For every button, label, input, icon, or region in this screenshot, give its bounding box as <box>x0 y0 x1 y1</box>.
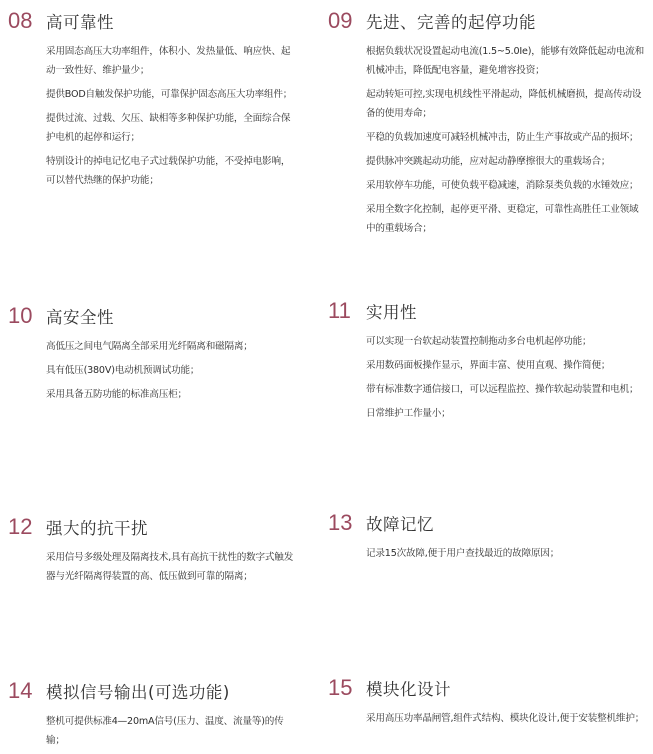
feature-body: 整机可提供标准4—20mA信号(压力、温度、流量等)的传输； <box>46 712 298 750</box>
feature-block-modular-design: 15 模块化设计 采用高压功率晶闸管,组件式结构、模块化设计,便于安装整机维护； <box>328 675 646 733</box>
feature-paragraph: 平稳的负载加速度可减轻机械冲击，防止生产事故或产品的损坏； <box>366 128 646 147</box>
feature-body: 根据负载状况设置起动电流(1.5~5.0Ie)，能够有效降低起动电流和机械冲击，… <box>366 42 646 238</box>
feature-paragraph: 带有标准数字通信接口，可以远程监控、操作软起动装置和电机； <box>366 380 646 399</box>
feature-title: 故障记忆 <box>366 512 434 538</box>
feature-number: 14 <box>8 678 46 704</box>
feature-body: 采用信号多级处理及隔离技术,具有高抗干扰性的数字式触发器与光纤隔离得装置的高、低… <box>46 548 298 586</box>
feature-body: 采用高压功率晶闸管,组件式结构、模块化设计,便于安装整机维护； <box>366 709 646 728</box>
feature-paragraph: 根据负载状况设置起动电流(1.5~5.0Ie)，能够有效降低起动电流和机械冲击，… <box>366 42 646 80</box>
feature-header: 09 先进、完善的起停功能 <box>328 8 646 34</box>
feature-paragraph: 采用高压功率晶闸管,组件式结构、模块化设计,便于安装整机维护； <box>366 709 646 728</box>
feature-header: 14 模拟信号输出(可选功能) <box>8 678 298 704</box>
feature-body: 高低压之间电气隔离全部采用光纤隔离和磁隔离； 具有低压(380V)电动机预调试功… <box>46 337 298 404</box>
feature-number: 09 <box>328 8 366 34</box>
feature-header: 15 模块化设计 <box>328 675 646 701</box>
feature-header: 10 高安全性 <box>8 303 298 329</box>
feature-title: 实用性 <box>366 300 417 326</box>
feature-number: 13 <box>328 510 366 536</box>
feature-paragraph: 采用数码面板操作显示，界面丰富、使用直观、操作简便； <box>366 356 646 375</box>
feature-paragraph: 起动转矩可控,实现电机线性平滑起动，降低机械磨损，提高传动设备的使用寿命； <box>366 85 646 123</box>
feature-paragraph: 提供BOD自触发保护功能，可靠保护固态高压大功率组件； <box>46 85 298 104</box>
feature-paragraph: 提供过流、过载、欠压、缺相等多种保护功能，全面综合保护电机的起停和运行； <box>46 109 298 147</box>
feature-title: 先进、完善的起停功能 <box>366 10 536 36</box>
feature-header: 13 故障记忆 <box>328 510 646 536</box>
feature-number: 08 <box>8 8 46 34</box>
feature-block-practicality: 11 实用性 可以实现一台软起动装置控制拖动多台电机起停功能； 采用数码面板操作… <box>328 298 646 428</box>
feature-body: 采用固态高压大功率组件，体积小、发热量低、响应快、起动一致性好、维护量少； 提供… <box>46 42 298 190</box>
feature-header: 12 强大的抗干扰 <box>8 514 298 540</box>
feature-number: 10 <box>8 303 46 329</box>
feature-paragraph: 采用信号多级处理及隔离技术,具有高抗干扰性的数字式触发器与光纤隔离得装置的高、低… <box>46 548 298 586</box>
feature-paragraph: 可以实现一台软起动装置控制拖动多台电机起停功能； <box>366 332 646 351</box>
feature-title: 高安全性 <box>46 305 114 331</box>
feature-paragraph: 提供脉冲突跳起动功能，应对起动静摩擦很大的重载场合； <box>366 152 646 171</box>
feature-paragraph: 采用全数字化控制，起停更平滑、更稳定，可靠性高胜任工业领域中的重载场合； <box>366 200 646 238</box>
feature-block-safety: 10 高安全性 高低压之间电气隔离全部采用光纤隔离和磁隔离； 具有低压(380V… <box>8 303 298 409</box>
feature-header: 11 实用性 <box>328 298 646 324</box>
feature-block-anti-interference: 12 强大的抗干扰 采用信号多级处理及隔离技术,具有高抗干扰性的数字式触发器与光… <box>8 514 298 591</box>
feature-block-fault-memory: 13 故障记忆 记录15次故障,便于用户查找最近的故障原因； <box>328 510 646 568</box>
feature-body: 记录15次故障,便于用户查找最近的故障原因； <box>366 544 646 563</box>
feature-body: 可以实现一台软起动装置控制拖动多台电机起停功能； 采用数码面板操作显示，界面丰富… <box>366 332 646 423</box>
feature-header: 08 高可靠性 <box>8 8 298 34</box>
feature-number: 11 <box>328 298 366 324</box>
feature-paragraph: 日常维护工作量小； <box>366 404 646 423</box>
feature-paragraph: 采用具备五防功能的标准高压柜； <box>46 385 298 404</box>
feature-paragraph: 特别设计的掉电记忆电子式过载保护功能，不受掉电影响，可以替代热继的保护功能； <box>46 152 298 190</box>
feature-paragraph: 具有低压(380V)电动机预调试功能； <box>46 361 298 380</box>
feature-title: 高可靠性 <box>46 10 114 36</box>
feature-paragraph: 采用固态高压大功率组件，体积小、发热量低、响应快、起动一致性好、维护量少； <box>46 42 298 80</box>
feature-title: 模拟信号输出(可选功能) <box>46 680 230 706</box>
feature-paragraph: 记录15次故障,便于用户查找最近的故障原因； <box>366 544 646 563</box>
feature-paragraph: 采用软停车功能，可使负载平稳减速，消除泵类负载的水锤效应； <box>366 176 646 195</box>
feature-block-start-stop: 09 先进、完善的起停功能 根据负载状况设置起动电流(1.5~5.0Ie)，能够… <box>328 8 646 243</box>
feature-block-analog-output: 14 模拟信号输出(可选功能) 整机可提供标准4—20mA信号(压力、温度、流量… <box>8 678 298 754</box>
feature-title: 强大的抗干扰 <box>46 516 148 542</box>
feature-number: 15 <box>328 675 366 701</box>
feature-paragraph: 整机可提供标准4—20mA信号(压力、温度、流量等)的传输； <box>46 712 298 750</box>
feature-title: 模块化设计 <box>366 677 451 703</box>
feature-block-reliability: 08 高可靠性 采用固态高压大功率组件，体积小、发热量低、响应快、起动一致性好、… <box>8 8 298 195</box>
feature-number: 12 <box>8 514 46 540</box>
feature-paragraph: 高低压之间电气隔离全部采用光纤隔离和磁隔离； <box>46 337 298 356</box>
